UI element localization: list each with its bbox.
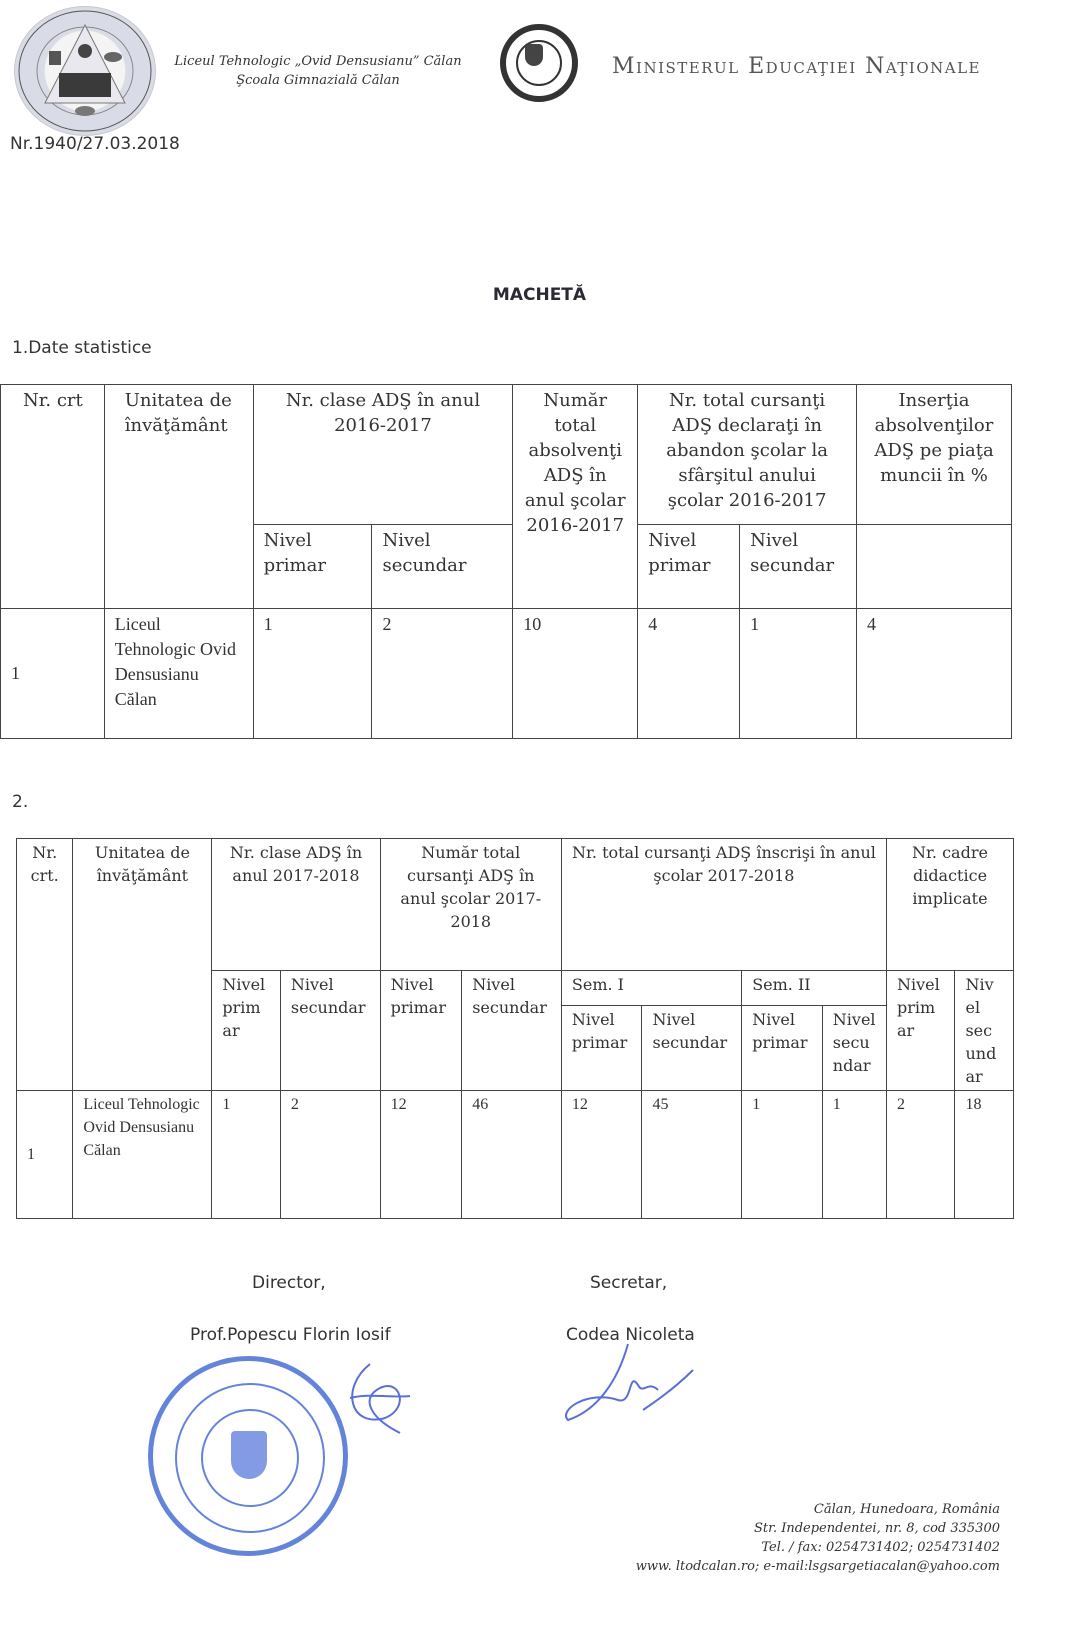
header-abandon-nivel-primar: Nivel primar: [638, 525, 740, 609]
header-clase-nivel-secundar: Nivel secundar: [372, 525, 513, 609]
cell-clase-primar: 1: [253, 609, 372, 739]
header-sem1-nivel-primar: Nivel primar: [561, 1005, 642, 1090]
cell-sem2-primar: 1: [742, 1091, 823, 1219]
ministry-name: Ministerul Educaţiei Naţionale: [612, 54, 981, 79]
address-phone: Tel. / fax: 0254731402; 0254731402: [636, 1538, 1000, 1557]
header-clase-nivel-secundar: Nivel secundar: [280, 971, 380, 1091]
cell-unitate: Liceul Tehnologic Ovid Densusianu Călan: [73, 1091, 212, 1219]
header-nr-clase: Nr. clase ADŞ în anul 2017-2018: [212, 839, 380, 971]
header-clase-nivel-primar: Nivel prim ar: [212, 971, 280, 1091]
school-name-line2: Şcoala Gimnazială Călan: [168, 71, 468, 90]
header-cadre-nivel-primar: Nivel prim ar: [886, 971, 954, 1091]
section-2-label: 2.: [12, 792, 28, 812]
secretar-signature-icon: [558, 1340, 698, 1430]
school-name: Liceul Tehnologic „Ovid Densusianu” Căla…: [168, 52, 468, 90]
cell-sem1-primar: 12: [561, 1091, 642, 1219]
header-nr-crt: Nr. crt.: [17, 839, 73, 1091]
header-cadre: Nr. cadre didactice implicate: [886, 839, 1013, 971]
crest-emblem-icon: [15, 7, 155, 135]
cell-insertia: 4: [857, 609, 1012, 739]
cell-clase-secundar: 2: [280, 1091, 380, 1219]
cell-clase-secundar: 2: [372, 609, 513, 739]
header-cursanti-nivel-secundar: Nivel secundar: [462, 971, 562, 1091]
header-insertia: Inserţia absolvenţilor ADŞ pe piaţa munc…: [857, 385, 1012, 525]
header-cadre-nivel-secundar: Niv el sec und ar: [955, 971, 1014, 1091]
header-sem2-nivel-secundar: Nivel secu ndar: [822, 1005, 886, 1090]
header-clase-nivel-primar: Nivel primar: [253, 525, 372, 609]
table-row: 1 Liceul Tehnologic Ovid Densusianu Căla…: [1, 609, 1012, 739]
header-sem-2: Sem. II: [742, 971, 887, 1006]
cell-cursanti-secundar: 46: [462, 1091, 562, 1219]
header-numar-cursanti: Număr total cursanţi ADŞ în anul şcolar …: [380, 839, 561, 971]
school-name-line1: Liceul Tehnologic „Ovid Densusianu” Căla…: [168, 52, 468, 71]
header-inscrisi: Nr. total cursanţi ADŞ înscrişi în anul …: [561, 839, 886, 971]
header-cursanti-nivel-primar: Nivel primar: [380, 971, 462, 1091]
cell-abandon-primar: 4: [638, 609, 740, 739]
header-unitate: Unitatea de învăţământ: [104, 385, 253, 609]
cell-nr: 1: [17, 1091, 73, 1219]
director-name: Prof.Popescu Florin Iosif: [190, 1325, 391, 1345]
section-1-label: 1.Date statistice: [12, 338, 152, 358]
cell-absolventi: 10: [513, 609, 638, 739]
enrollment-table-2017-2018: Nr. crt. Unitatea de învăţământ Nr. clas…: [16, 838, 1014, 1219]
header-insertia-empty: [857, 525, 1012, 609]
coat-of-arms-icon: [231, 1431, 267, 1479]
cell-unitate: Liceul Tehnologic Ovid Densusianu Călan: [104, 609, 253, 739]
header-abandon-nivel-secundar: Nivel secundar: [740, 525, 857, 609]
header-abandon: Nr. total cursanţi ADŞ declaraţi în aban…: [638, 385, 857, 525]
header-sem-1: Sem. I: [561, 971, 741, 1006]
header-sem2-nivel-primar: Nivel primar: [742, 1005, 823, 1090]
header-nr-crt: Nr. crt: [1, 385, 105, 609]
cell-nr: 1: [1, 609, 105, 739]
school-crest-logo: [14, 6, 156, 136]
page-title: MACHETĂ: [0, 285, 1079, 305]
director-label: Director,: [252, 1273, 326, 1293]
eagle-icon: [525, 44, 543, 66]
header-unitate: Unitatea de învăţământ: [73, 839, 212, 1091]
director-signature-icon: [330, 1358, 420, 1438]
table-row: 1 Liceul Tehnologic Ovid Densusianu Căla…: [17, 1091, 1014, 1219]
header-sem1-nivel-secundar: Nivel secundar: [642, 1005, 742, 1090]
cell-abandon-secundar: 1: [740, 609, 857, 739]
address-block: Călan, Hunedoara, România Str. Independe…: [636, 1500, 1000, 1576]
header-nr-clase: Nr. clase ADŞ în anul 2016-2017: [253, 385, 513, 525]
secretar-label: Secretar,: [590, 1273, 667, 1293]
statistics-table-2016-2017: Nr. crt Unitatea de învăţământ Nr. clase…: [0, 384, 1012, 739]
school-stamp-icon: [148, 1356, 348, 1556]
header-numar-absolventi: Număr total absolvenţi ADŞ în anul şcola…: [513, 385, 638, 609]
address-street: Str. Independentei, nr. 8, cod 335300: [636, 1519, 1000, 1538]
cell-cadre-primar: 2: [886, 1091, 954, 1219]
cell-sem2-secundar: 1: [822, 1091, 886, 1219]
address-web-email: www. ltodcalan.ro; e-mail:lsgsargetiacal…: [636, 1557, 1000, 1576]
cell-cursanti-primar: 12: [380, 1091, 462, 1219]
cell-cadre-secundar: 18: [955, 1091, 1014, 1219]
cell-clase-primar: 1: [212, 1091, 280, 1219]
document-number: Nr.1940/27.03.2018: [10, 134, 180, 154]
address-city: Călan, Hunedoara, România: [636, 1500, 1000, 1519]
government-seal-icon: [500, 24, 578, 102]
cell-sem1-secundar: 45: [642, 1091, 742, 1219]
